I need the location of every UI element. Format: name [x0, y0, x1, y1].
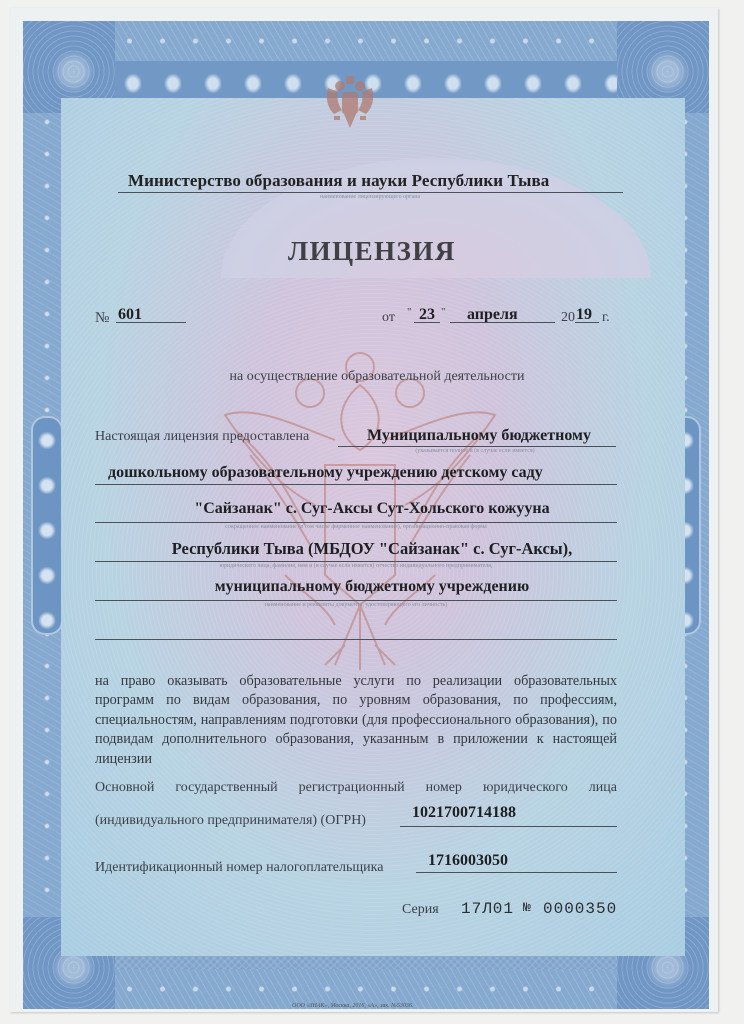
underline: [118, 192, 623, 193]
date-year-prefix: 20: [561, 310, 575, 326]
license-purpose: на осуществление образовательной деятель…: [0, 369, 744, 385]
underline: [450, 322, 555, 323]
licensee-line-2: дошкольному образовательному учреждению …: [108, 464, 543, 482]
underline: [575, 322, 599, 323]
underline: [116, 322, 186, 323]
series-number: 0000350: [543, 900, 617, 918]
licensee-line-3: "Сайзанак" с. Суг-Аксы Сут-Хольского кож…: [0, 500, 744, 518]
ogrn-label-line-2: (индивидуального предпринимателя) (ОГРН): [95, 813, 366, 829]
inn-label: Идентификационный номер налогоплательщик…: [95, 860, 383, 876]
printer-imprint: ООО «ЗНАК», Москва, 2016, «А», зак. №530…: [292, 1003, 413, 1009]
underline-empty: [95, 639, 617, 640]
series-number-sign: №: [523, 900, 532, 915]
document-title: ЛИЦЕНЗИЯ: [0, 236, 744, 267]
licensee-caption-4: наименование и реквизиты документа, удос…: [95, 602, 617, 608]
frame-left-ornament-panel: [31, 416, 63, 635]
issuing-authority: Министерство образования и науки Республ…: [128, 171, 549, 191]
underline: [414, 322, 440, 323]
date-from-label: от: [382, 310, 395, 326]
underline: [95, 600, 617, 601]
ogrn-label-line-1: Основной государственный регистрационный…: [95, 780, 617, 796]
licensee-caption-2: сокращенное наименование (в том числе фи…: [95, 524, 617, 530]
underline: [95, 484, 617, 485]
date-quote-close: ": [441, 306, 446, 318]
frame-top-band: [113, 21, 619, 61]
issuing-authority-caption: наименование лицензирующего органа: [240, 194, 500, 200]
underline: [95, 522, 617, 523]
date-quote-open: ": [407, 306, 412, 318]
coat-of-arms-icon: [322, 74, 378, 132]
underline: [400, 826, 617, 827]
number-sign: №: [95, 310, 109, 327]
underline: [416, 872, 617, 873]
ogrn-value: 1021700714188: [412, 804, 516, 822]
licensee-line-5: муниципальному бюджетному учреждению: [0, 578, 744, 596]
underline: [95, 561, 617, 562]
licensee-caption-1: (указывается полное и (в случае если име…: [355, 448, 595, 454]
date-year-unit: г.: [602, 310, 610, 326]
licensee-line-1: Муниципальному бюджетному: [367, 427, 591, 445]
series-value: 17Л01: [461, 900, 514, 918]
granted-to-label: Настоящая лицензия предоставлена: [95, 429, 309, 445]
underline: [338, 446, 616, 447]
license-rights-paragraph: на право оказывать образовательные услуг…: [95, 672, 617, 769]
licensee-caption-3: юридического лица, фамилия, имя и (в слу…: [95, 563, 617, 569]
series-label: Серия: [402, 902, 439, 918]
inn-value: 1716003050: [428, 852, 508, 870]
licensee-line-4: Республики Тыва (МБДОУ "Сайзанак" с. Суг…: [0, 539, 744, 559]
